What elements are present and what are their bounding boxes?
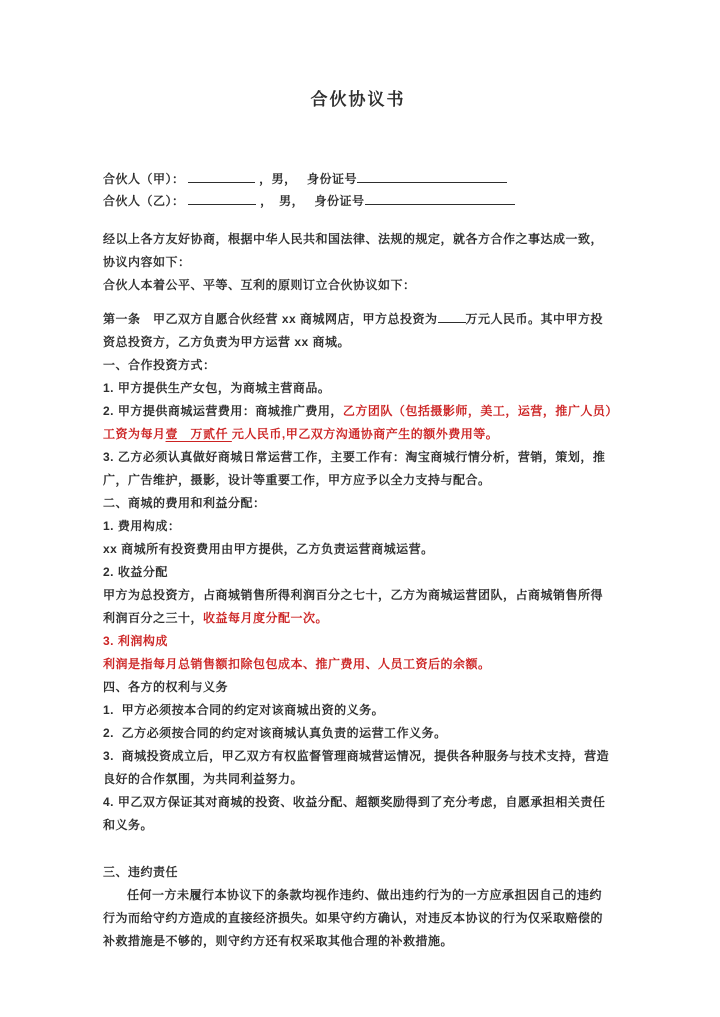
text-run: ，男， 身份证号	[255, 172, 357, 186]
document-page: 合伙协议书 合伙人（甲）： ，男， 身份证号合伙人（乙）： ， 男， 身份证号经…	[0, 0, 720, 1017]
intro-paragraph: 经以上各方友好协商，根据中华人民共和国法律、法规的规定，就各方合作之事达成一致，…	[103, 228, 613, 274]
text-run: 利润是指每月总销售额扣除包包成本、推广费用、人员工资后的余额。	[103, 657, 491, 671]
section-4-heading: 四、各方的权利与义务	[103, 676, 613, 699]
text-run: 壹 万贰仟	[166, 427, 232, 441]
section-2-item-2: 2. 收益分配	[103, 561, 613, 584]
text-run: 第一条 甲乙双方自愿合伙经营 xx 商城网店，甲方总投资为	[103, 312, 438, 326]
section-1-item-2: 2. 甲方提供商城运营费用：商城推广费用，乙方团队（包括摄影师，美工，运营，推广…	[103, 400, 613, 446]
text-run: 四、各方的权利与义务	[103, 680, 228, 694]
section-4-item-1: 1. 甲方必须按本合同的约定对该商城出资的义务。	[103, 699, 613, 722]
section-2-item-1: 1. 费用构成：	[103, 515, 613, 538]
section-2-item-3: 3. 利润构成	[103, 630, 613, 653]
section-2-item-2-body: 甲方为总投资方，占商城销售所得利润百分之七十，乙方为商城运营团队，占商城销售所得…	[103, 584, 613, 630]
text-run: 4. 甲乙双方保证其对商城的投资、收益分配、超额奖励得到了充分考虑，自愿承担相关…	[103, 795, 605, 832]
text-run: 3. 乙方必须认真做好商城日常运营工作，主要工作有：淘宝商城行情分析，营销，策划…	[103, 450, 605, 487]
section-3-heading: 三、违约责任	[103, 861, 613, 884]
partner-a-line: 合伙人（甲）： ，男， 身份证号	[103, 168, 613, 190]
section-1-item-3: 3. 乙方必须认真做好商城日常运营工作，主要工作有：淘宝商城行情分析，营销，策划…	[103, 446, 613, 492]
text-run: 2. 甲方提供商城运营费用：商城推广费用，	[103, 404, 343, 418]
text-run: 收益每月度分配一次。	[203, 611, 328, 625]
section-2-heading: 二、商城的费用和利益分配：	[103, 492, 613, 515]
text-run: 合伙人（乙）：	[103, 194, 188, 208]
text-run: 经以上各方友好协商，根据中华人民共和国法律、法规的规定，就各方合作之事达成一致，…	[103, 232, 603, 269]
text-run: 合伙人（甲）：	[103, 172, 188, 186]
section-3-body: 任何一方未履行本协议下的条款均视作违约、做出违约行为的一方应承担因自己的违约行为…	[103, 884, 613, 953]
section-1-item-1: 1. 甲方提供生产女包，为商城主营商品。	[103, 377, 613, 400]
text-run: 3. 利润构成	[103, 634, 168, 648]
fill-in-blank	[188, 169, 255, 183]
text-run: 2. 乙方必须按合同的约定对该商城认真负责的运营工作义务。	[103, 726, 447, 740]
text-run: 1. 甲方提供生产女包，为商城主营商品。	[103, 381, 330, 395]
text-run: 一、合作投资方式：	[103, 358, 216, 372]
text-run: 甲方为总投资方，占商城销售所得利润百分之七十，乙方为商城运营团队，占商城销售所得…	[103, 588, 603, 625]
fill-in-blank	[365, 191, 515, 205]
intro-paragraph-2: 合伙人本着公平、平等、互利的原则订立合伙协议如下：	[103, 274, 613, 297]
text-run: 1. 费用构成：	[103, 519, 180, 533]
section-4-item-3: 3. 商城投资成立后，甲乙双方有权监督管理商城营运情况，提供各种服务与技术支持，…	[103, 745, 613, 791]
article-1: 第一条 甲乙双方自愿合伙经营 xx 商城网店，甲方总投资为万元人民币。其中甲方投…	[103, 308, 613, 354]
text-run: ， 男， 身份证号	[256, 194, 364, 208]
section-1-heading: 一、合作投资方式：	[103, 354, 613, 377]
text-run: 元人民币,甲乙双方沟通协商产生的额外费用等。	[232, 427, 498, 441]
text-run: 合伙人本着公平、平等、互利的原则订立合伙协议如下：	[103, 278, 416, 292]
section-4-item-4: 4. 甲乙双方保证其对商城的投资、收益分配、超额奖励得到了充分考虑，自愿承担相关…	[103, 791, 613, 837]
section-2-item-1-body: xx 商城所有投资费用由甲方提供，乙方负责运营商城运营。	[103, 538, 613, 561]
document-body: 合伙人（甲）： ，男， 身份证号合伙人（乙）： ， 男， 身份证号经以上各方友好…	[103, 168, 613, 953]
text-run: xx 商城所有投资费用由甲方提供，乙方负责运营商城运营。	[103, 542, 434, 556]
text-run: 三、违约责任	[103, 865, 178, 879]
fill-in-blank	[188, 191, 256, 205]
fill-in-blank	[357, 169, 507, 183]
text-run: 任何一方未履行本协议下的条款均视作违约、做出违约行为的一方应承担因自己的违约行为…	[103, 888, 603, 948]
text-run: 1. 甲方必须按本合同的约定对该商城出资的义务。	[103, 703, 384, 717]
text-run: 二、商城的费用和利益分配：	[103, 496, 266, 510]
text-run: 2. 收益分配	[103, 565, 168, 579]
section-4-item-2: 2. 乙方必须按合同的约定对该商城认真负责的运营工作义务。	[103, 722, 613, 745]
text-run: 3. 商城投资成立后，甲乙双方有权监督管理商城营运情况，提供各种服务与技术支持，…	[103, 749, 609, 786]
document-title: 合伙协议书	[103, 88, 613, 112]
partner-b-line: 合伙人（乙）： ， 男， 身份证号	[103, 190, 613, 212]
section-2-item-3-body: 利润是指每月总销售额扣除包包成本、推广费用、人员工资后的余额。	[103, 653, 613, 676]
fill-in-blank	[438, 309, 466, 323]
